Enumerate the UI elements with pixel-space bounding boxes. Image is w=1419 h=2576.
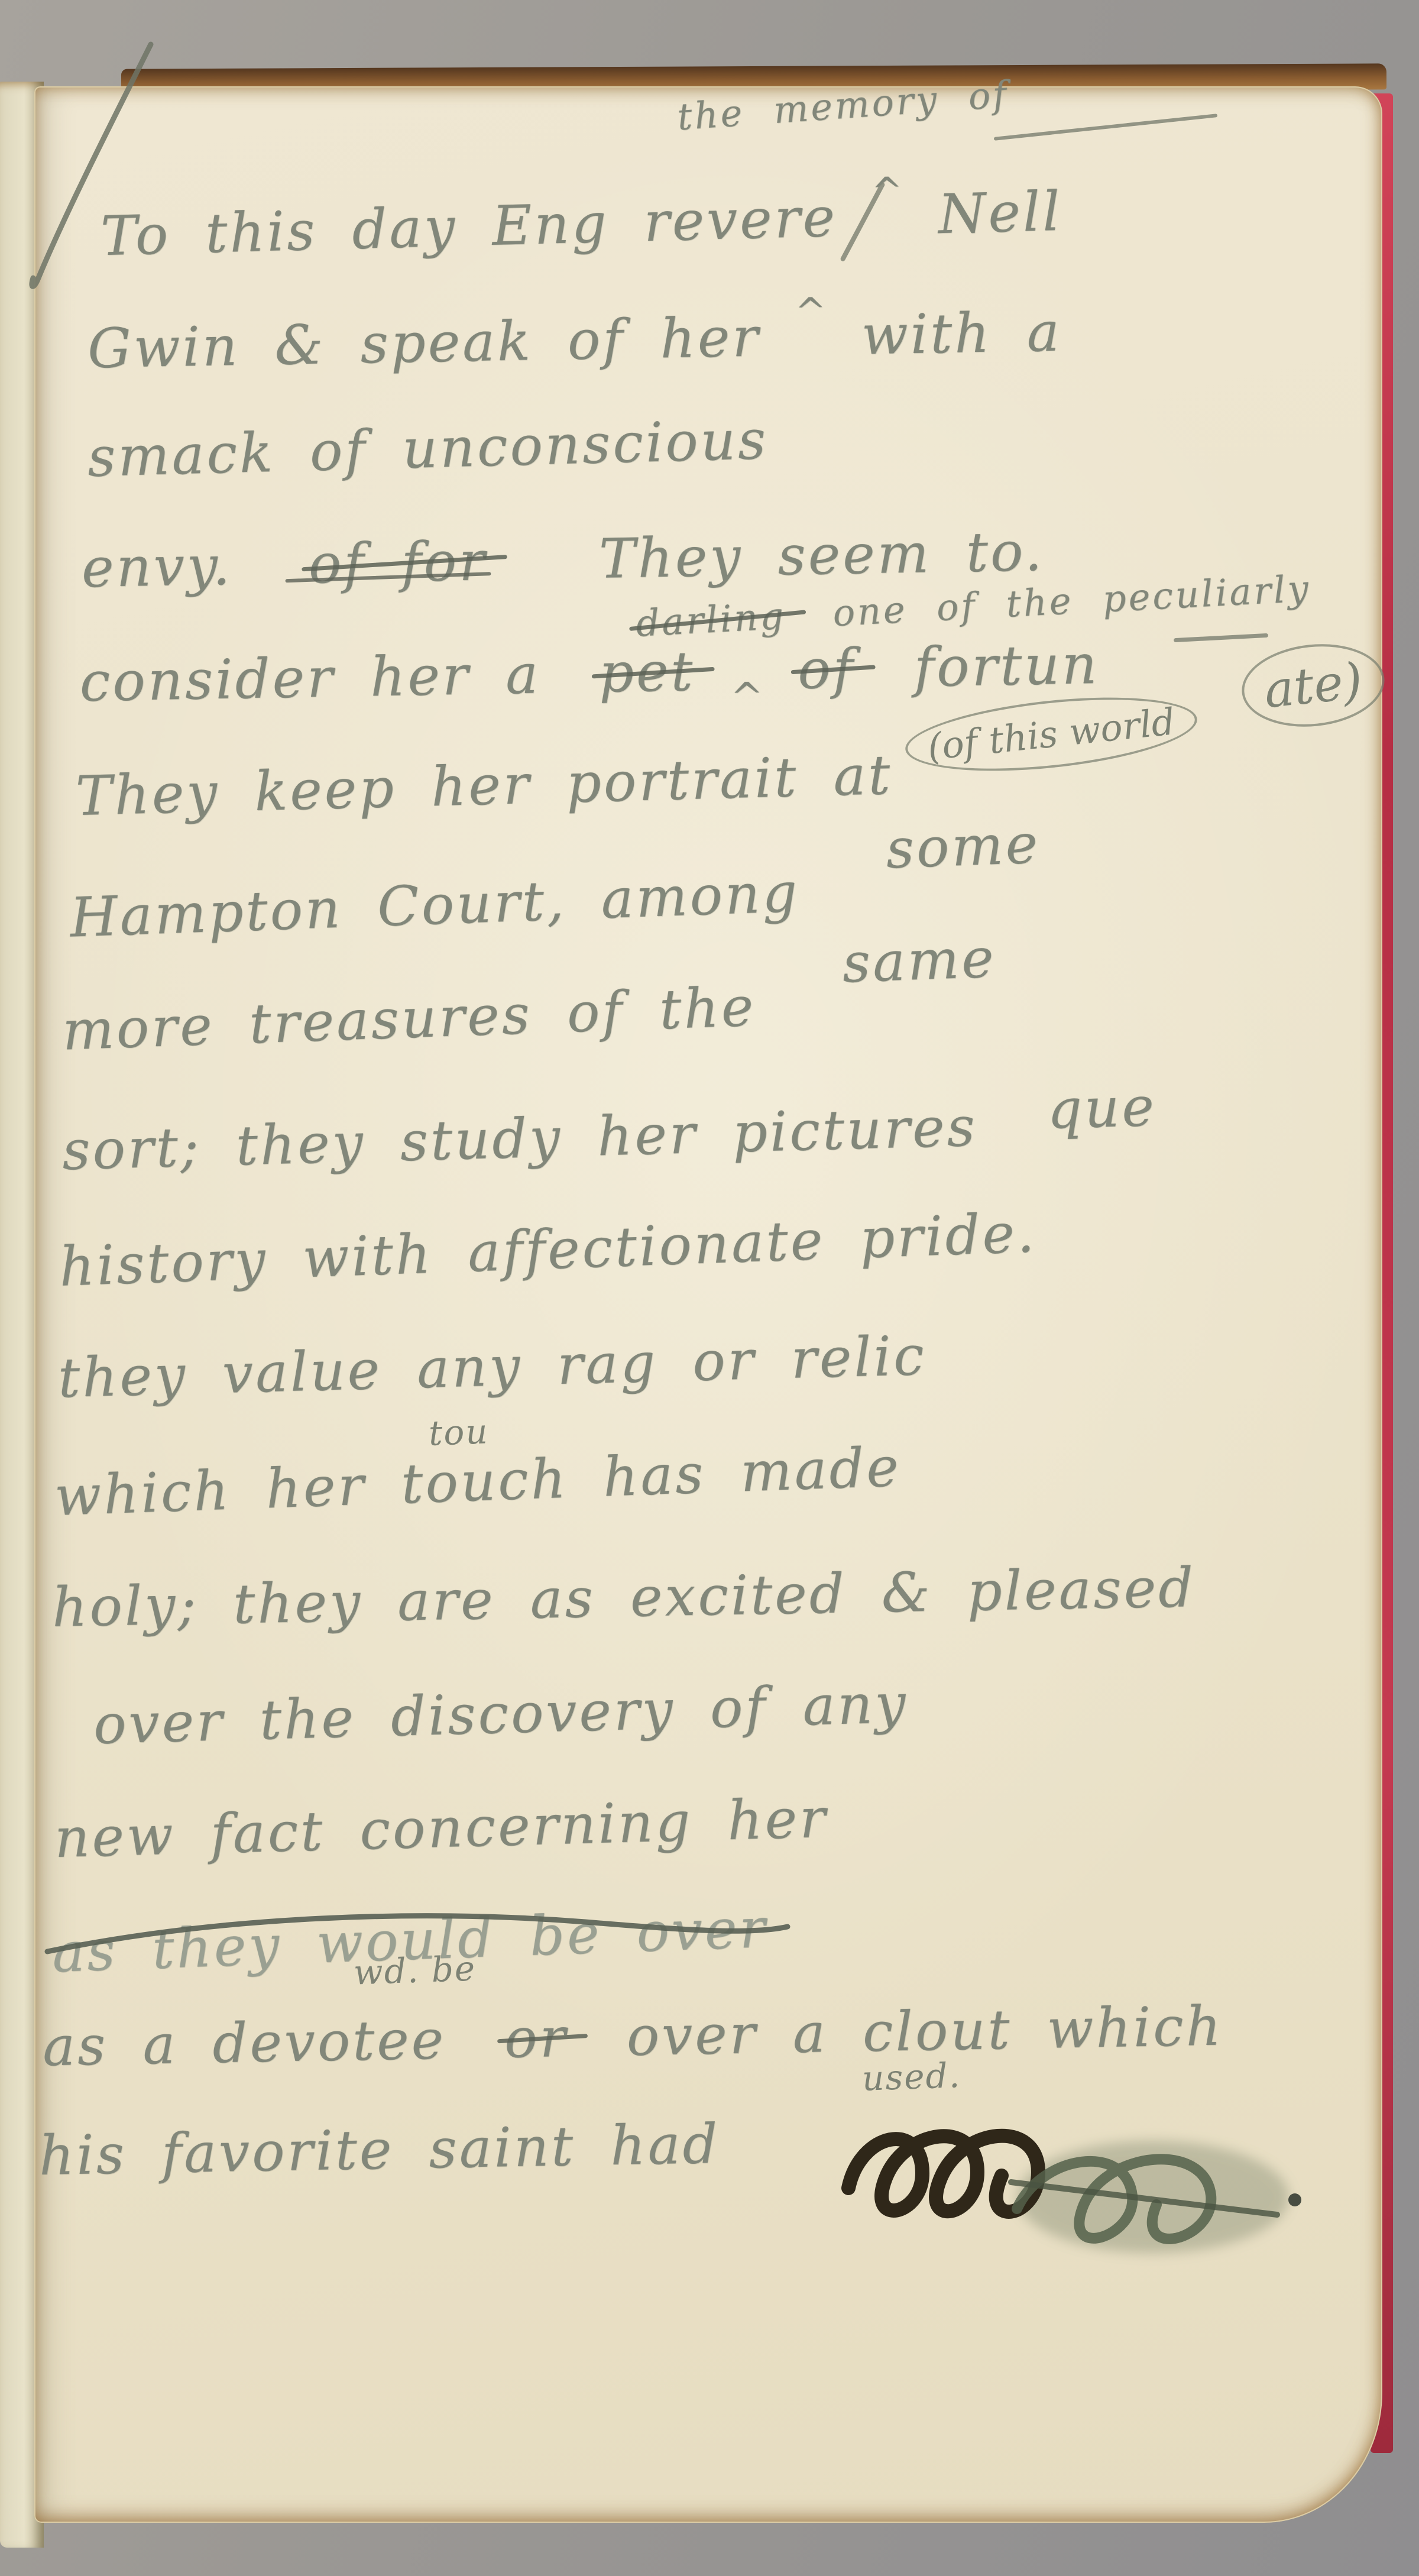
insertion-caret: ^ [795,290,827,334]
insertion-caret: ^ [730,674,764,720]
struck-words: of for [308,529,488,596]
line-2-text: Gwin & speak of her [87,306,761,381]
insertion-caret: ^ [871,169,903,213]
struck-word: pet [598,640,695,705]
ink-scribble-blot [822,2088,1318,2271]
line-12-text: has made [602,1435,902,1509]
raised-word: some [885,812,1041,881]
circled-text: ate) [1261,652,1365,720]
interlinear-note-tou: tou [428,1411,490,1454]
line-18-text: his favorite saint had [38,2112,720,2187]
line-12-text: which her [54,1454,368,1528]
note-text: wd. be [353,1948,477,1992]
line-5-text: fortun [913,633,1100,699]
line-2-text: with a [861,300,1062,367]
line-4-text: They seem to. [598,520,1045,591]
line-4-text: envy. [81,534,233,600]
line-1-text: Nell [937,180,1063,246]
line-12-text: touch [400,1447,569,1516]
note-text: tou [428,1411,490,1454]
raised-word: same [841,926,997,995]
struck-word: or [504,2006,568,2070]
handwriting-line-18: his favorite saint had [38,2112,720,2187]
interlinear-note-wd-be: wd. be [353,1948,477,1992]
raised-word: que [1047,1075,1157,1141]
struck-word: darling [635,594,787,645]
line-17-text: as a devotee [42,2008,446,2079]
struck-word: of [797,637,856,701]
line-5-text: consider her a [79,642,541,714]
photograph-of-manuscript-page: the memory of To this day Eng revere ^ N… [0,0,1419,2576]
